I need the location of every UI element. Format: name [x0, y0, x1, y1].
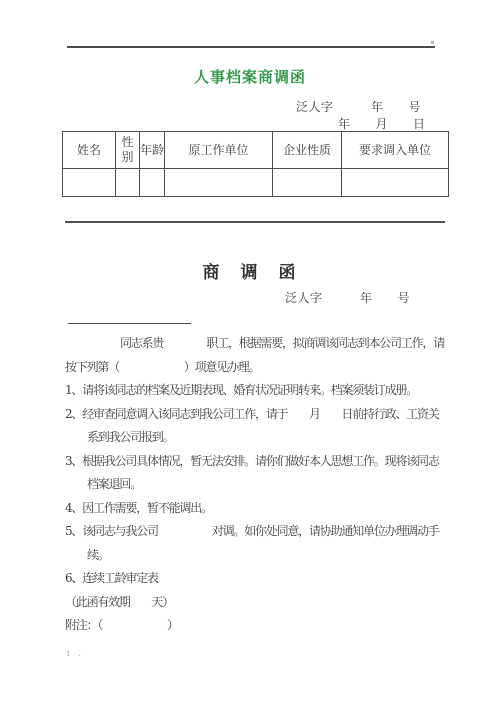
letter-body-line: 按下列第（ ）项意见办理。 — [65, 356, 457, 380]
letter-body-line: 续。 — [65, 544, 457, 568]
table-cell-gender — [116, 169, 140, 197]
table-cell-enterprise-type — [273, 169, 342, 197]
table-cell-target-unit — [342, 169, 449, 197]
date-line: 年 月 日 — [338, 115, 426, 132]
col-header-enterprise-type: 企业性质 — [273, 132, 342, 169]
table-cell-age — [140, 169, 165, 197]
table-cell-name — [63, 169, 116, 197]
page-footnote: 1 . — [66, 650, 84, 658]
recipient-blank-line — [68, 311, 191, 324]
col-header-name: 姓名 — [63, 132, 116, 169]
letter-body-line: 6、连续工龄审定表 — [65, 567, 457, 591]
document-page: 人事档案商调函 泛人字 年 号 年 月 日 姓名 性别 年龄 原工作单位 企业性… — [0, 0, 500, 707]
document-title: 人事档案商调函 — [0, 66, 500, 87]
personnel-info-table: 姓名 性别 年龄 原工作单位 企业性质 要求调入单位 — [62, 131, 449, 197]
table-empty-row — [63, 169, 449, 197]
letter-body-line: 同志系贵 职工，根据需要，拟商调该同志到本公司工作，请 — [65, 332, 457, 356]
letter-body-line: 5、该同志与我公司 对调。如你处同意，请协助通知单位办理调动手 — [65, 520, 457, 544]
letter-body-line: 1、请将该同志的档案及近期表现、婚育状况证明转来。档案须装订成册。 — [65, 379, 457, 403]
col-header-gender: 性别 — [116, 132, 140, 169]
letter-body-line: 系到我公司报到。 — [65, 426, 457, 450]
letter-body-line: 3、根据我公司具体情况，暂无法安排。请你们做好本人思想工作。现将该同志 — [65, 450, 457, 474]
table-cell-original-unit — [165, 169, 273, 197]
letter-body: 同志系贵 职工，根据需要，拟商调该同志到本公司工作，请按下列第（ ）项意见办理。… — [65, 332, 457, 638]
letter-body-line: 4、因工作需要，暂不能调出。 — [65, 497, 457, 521]
top-divider-line — [67, 46, 435, 48]
letter-title: 商 调 函 — [0, 258, 500, 283]
col-header-target-unit: 要求调入单位 — [342, 132, 449, 169]
col-header-age: 年龄 — [140, 132, 165, 169]
letter-body-line: 2、经审查同意调入该同志到我公司工作，请于 月 日前持行政、工资关 — [65, 403, 457, 427]
letter-body-line: （此函有效期 天） — [65, 591, 457, 615]
letter-reference-line: 泛人字 年 号 — [285, 289, 410, 306]
table-header-row: 姓名 性别 年龄 原工作单位 企业性质 要求调入单位 — [63, 132, 449, 169]
letter-body-line: 档案退回。 — [65, 473, 457, 497]
letter-body-line: 附注：（ ） — [65, 614, 457, 638]
scan-artifact-dot — [431, 41, 434, 44]
section-divider-line — [65, 221, 445, 223]
col-header-original-unit: 原工作单位 — [165, 132, 273, 169]
reference-number-line: 泛人字 年 号 — [296, 98, 421, 115]
